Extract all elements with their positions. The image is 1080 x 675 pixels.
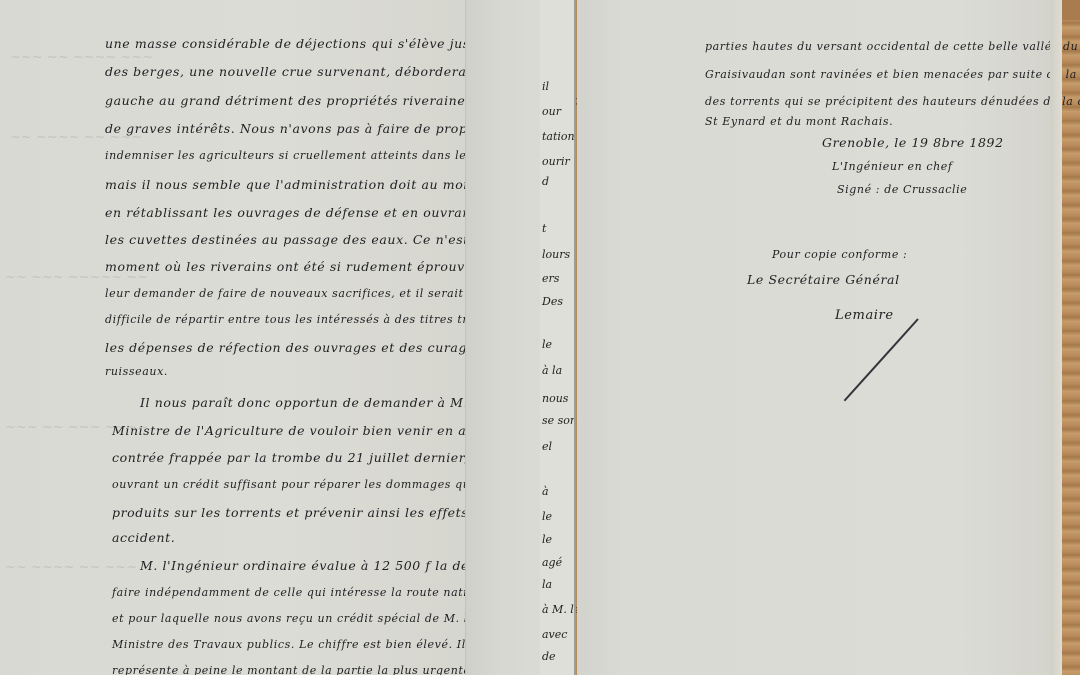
handwritten-line: St Eynard et du mont Rachais. xyxy=(705,115,893,128)
strip-fragment: il xyxy=(542,80,549,93)
strip-fragment: d xyxy=(542,175,549,188)
strip-fragment: ers xyxy=(542,272,559,285)
bleed-through-text: ~~ ~~~~ ~~ ~~~ xyxy=(5,560,137,575)
handwritten-line: parties hautes du versant occidental de … xyxy=(705,40,1078,53)
signatory-title: L'Ingénieur en chef xyxy=(832,160,953,173)
strip-fragment: t xyxy=(542,222,546,235)
strip-fragment: à xyxy=(542,485,549,498)
handwritten-line: Il nous paraît donc opportun de demander… xyxy=(140,395,485,410)
strip-fragment: le xyxy=(542,338,552,351)
handwritten-line: leur demander de faire de nouveaux sacri… xyxy=(105,287,525,300)
page-stack-edge xyxy=(1050,0,1062,675)
strip-fragment: le xyxy=(542,533,552,546)
strip-fragment: de xyxy=(542,650,556,663)
strip-fragment: Des xyxy=(542,295,563,308)
secretary-title: Le Secrétaire Général xyxy=(747,272,900,287)
handwritten-line: et pour laquelle nous avons reçu un créd… xyxy=(112,612,475,625)
handwritten-line: accident. xyxy=(112,530,175,545)
strip-fragment: lours xyxy=(542,248,570,261)
strip-fragment: ourir xyxy=(542,155,570,168)
handwritten-line: Graisivaudan sont ravinées et bien menac… xyxy=(705,68,1080,81)
document-photo: ~~~ ~~ ~~~~ ~~~ ~~ ~~~~ ~~ ~~~ ~~ ~~~ ~~… xyxy=(0,0,1080,675)
strip-fragment: le xyxy=(542,510,552,523)
strip-fragment: el xyxy=(542,440,552,453)
handwritten-line: Ministre de l'Agriculture de vouloir bie… xyxy=(112,423,517,438)
strip-fragment: la xyxy=(542,578,552,591)
handwritten-line: des torrents qui se précipitent des haut… xyxy=(705,95,1080,108)
page-fold-line xyxy=(574,0,576,675)
left-page: ~~~ ~~ ~~~~ ~~~ ~~ ~~~~ ~~ ~~~ ~~ ~~~ ~~… xyxy=(0,0,468,675)
certification-line: Pour copie conforme : xyxy=(772,248,907,261)
handwritten-line: faire indépendamment de celle qui intére… xyxy=(112,586,501,599)
strip-fragment: avec xyxy=(542,628,567,641)
strip-fragment: nous xyxy=(542,392,568,405)
handwritten-line: les cuvettes destinées au passage des ea… xyxy=(105,232,518,247)
handwritten-line: ouvrant un crédit suffisant pour réparer… xyxy=(112,478,522,491)
handwritten-signature: Lemaire xyxy=(835,308,894,323)
page-gutter xyxy=(465,0,544,675)
strip-fragment: à la xyxy=(542,364,562,377)
strip-fragment: our xyxy=(542,105,561,118)
right-page: parties hautes du versant occidental de … xyxy=(577,0,1052,675)
handwritten-line: Ministre des Travaux publics. Le chiffre… xyxy=(112,638,466,651)
place-date: Grenoble, le 19 8bre 1892 xyxy=(822,135,1004,150)
signed-name: Signé : de Crussaclie xyxy=(837,183,967,196)
strip-fragment: tation xyxy=(542,130,575,143)
handwritten-line: difficile de répartir entre tous les int… xyxy=(105,313,523,326)
handwritten-line: ruisseaux. xyxy=(105,365,168,378)
bleed-through-text: ~~~ ~~ ~~~~ ~~~ xyxy=(10,50,153,65)
center-page-strip: il our tation ourir d t lours ers Des le… xyxy=(540,0,575,675)
handwritten-line: représente à peine le montant de la part… xyxy=(112,664,471,675)
strip-fragment: agé xyxy=(542,556,562,569)
